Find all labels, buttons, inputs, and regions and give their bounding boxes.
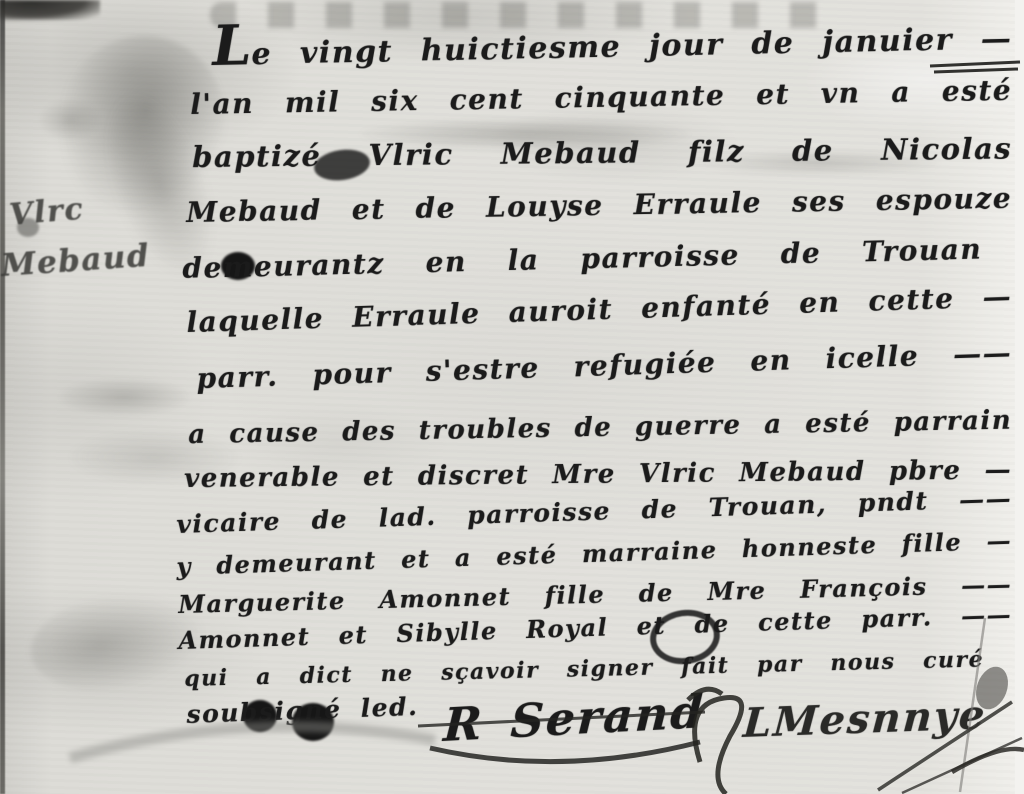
serand-strike-flourish: [418, 712, 705, 726]
top-line-end-dash: [930, 62, 1020, 72]
bottom-arc-smudge: [70, 727, 435, 758]
serand-underline-flourish: [430, 742, 700, 762]
manuscript-scan: Vlrc Mebaud Le vingt huictiesme jour de …: [0, 0, 1024, 794]
paraph-flourish: [688, 689, 742, 794]
pen-flourishes: [0, 0, 1024, 794]
bottom-right-pen-stroke: [878, 702, 1012, 790]
